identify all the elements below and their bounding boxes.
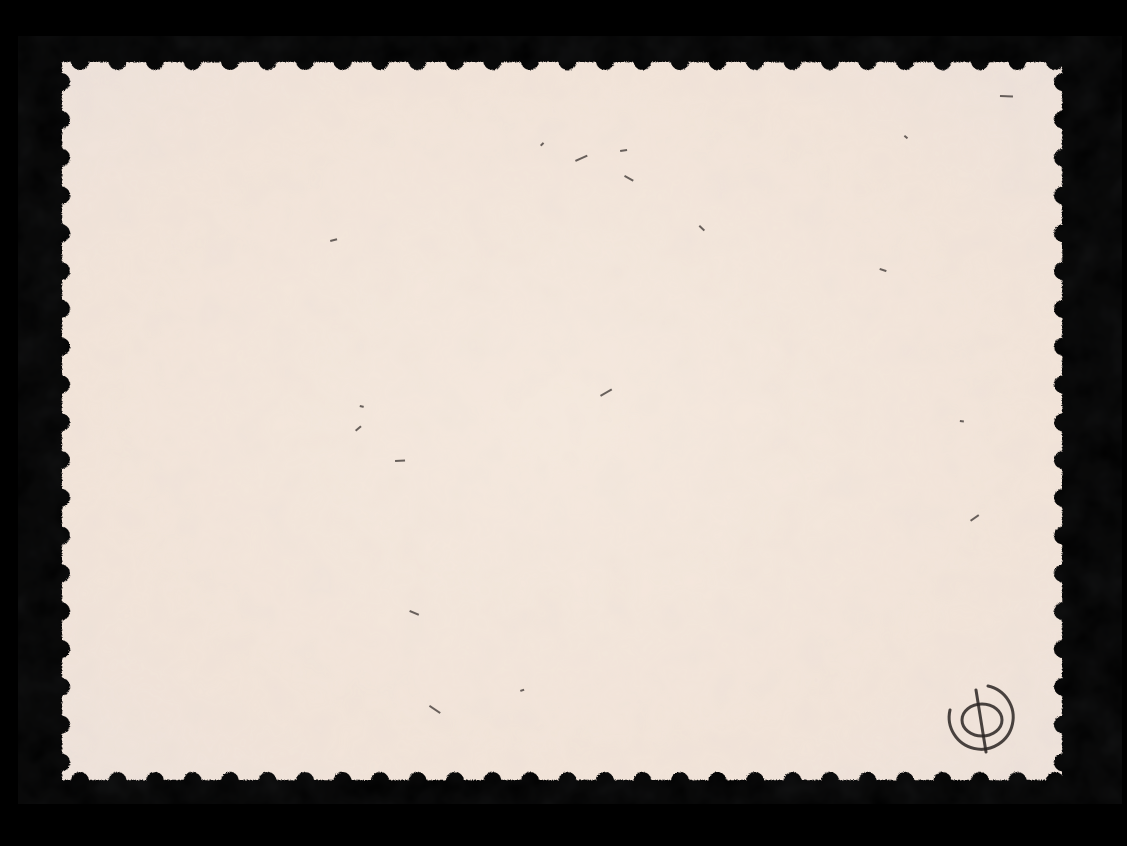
paper-texture: [110, 100, 1030, 740]
stamp-scene: [0, 0, 1127, 846]
